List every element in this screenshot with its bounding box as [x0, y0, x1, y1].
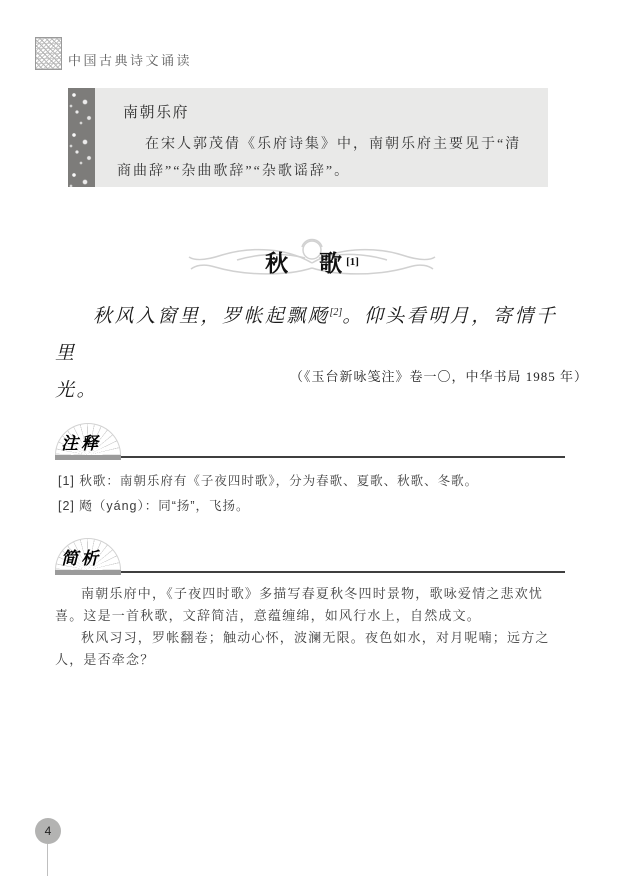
intro-content: 南朝乐府 在宋人郭茂倩《乐府诗集》中，南朝乐府主要见于“清商曲辞”“杂曲歌辞”“… [95, 88, 548, 187]
notes-section-head: 注释 [58, 426, 565, 460]
analysis-section-head: 简析 [58, 541, 565, 575]
intro-body: 在宋人郭茂倩《乐府诗集》中，南朝乐府主要见于“清商曲辞”“杂曲歌辞”“杂歌谣辞”… [117, 131, 530, 185]
poem-line-part3: 光。 [55, 380, 98, 401]
poem-text: 秋风入窗里，罗帐起飘飏[2]。仰头看明月，寄情千里光。 [55, 294, 570, 409]
notes-rule [121, 456, 565, 458]
analysis-rule [121, 571, 565, 573]
page-number-tail-line [47, 844, 48, 876]
notes-label-bar [55, 455, 121, 460]
analysis-body: 南朝乐府中，《子夜四时歌》多描写春夏秋冬四时景物，歌咏爱情之悲欢忧喜。这是一首秋… [55, 583, 570, 671]
analysis-paragraph: 秋风习习，罗帐翻卷；触动心怀，波澜无限。夜色如水，对月呢喃；远方之人，是否牵念？ [55, 627, 570, 671]
page-number-badge: 4 [35, 818, 61, 844]
poem-title-block: 秋 歌[1] [0, 232, 624, 290]
book-page: 中国古典诗文诵读 南朝乐府 在宋人郭茂倩《乐府诗集》中，南朝乐府主要见于“清商曲… [0, 0, 624, 876]
intro-box: 南朝乐府 在宋人郭茂倩《乐府诗集》中，南朝乐府主要见于“清商曲辞”“杂曲歌辞”“… [68, 88, 548, 187]
footnotes-list: [1] 秋歌：南朝乐府有《子夜四时歌》，分为春歌、夏歌、秋歌、冬歌。 [2] 飏… [58, 469, 568, 519]
intro-title: 南朝乐府 [123, 101, 530, 122]
ornamental-stamp-icon [35, 37, 62, 70]
poem-source: （《玉台新咏笺注》卷一〇，中华书局 1985 年） [290, 366, 588, 385]
title-note-ref: [1] [346, 256, 359, 268]
analysis-label-bar [55, 570, 121, 575]
poem-title-text: 秋 歌 [265, 251, 346, 276]
analysis-paragraph: 南朝乐府中，《子夜四时歌》多描写春夏秋冬四时景物，歌咏爱情之悲欢忧喜。这是一首秋… [55, 583, 570, 627]
footnote-item: [1] 秋歌：南朝乐府有《子夜四时歌》，分为春歌、夏歌、秋歌、冬歌。 [58, 469, 568, 494]
poem-line-part1: 秋风入窗里，罗帐起飘飏 [93, 306, 330, 327]
floral-lace-band-icon [68, 88, 95, 187]
analysis-section-label: 简析 [61, 544, 101, 569]
poem-title: 秋 歌[1] [0, 232, 624, 278]
poem-note-ref: [2] [330, 307, 343, 318]
notes-section-label: 注释 [61, 429, 101, 454]
book-title: 中国古典诗文诵读 [68, 50, 192, 69]
footnote-item: [2] 飏（yáng）：同“扬”，飞扬。 [58, 494, 568, 519]
